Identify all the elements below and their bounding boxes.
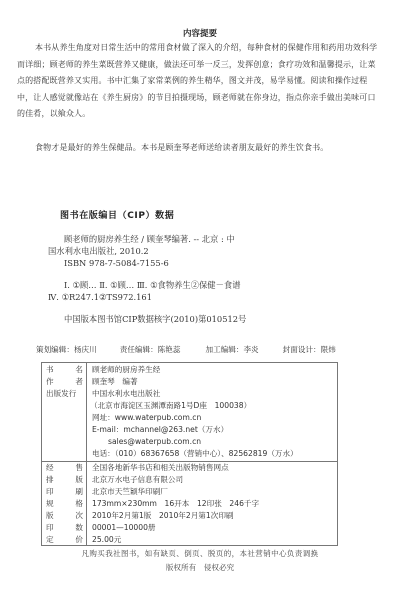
- cip-line-5: Ⅳ. ①R247.1②TS972.161: [48, 291, 152, 303]
- row-label-char: 次: [75, 510, 83, 522]
- table-row: 网址：www.waterpub.com.cn: [42, 412, 337, 424]
- table-row: 排版北京万水电子信息有限公司: [42, 474, 337, 486]
- row-label-char: 书: [46, 364, 54, 376]
- responsible-editor: 责任编辑：陈艳蕊: [120, 344, 181, 355]
- row-value: 00001—10000册: [92, 522, 156, 534]
- row-value: 中国水利水电出版社: [92, 388, 160, 400]
- row-label-char: 版: [75, 474, 83, 486]
- row-label-char: 格: [75, 498, 83, 510]
- planning-editor: 策划编辑：杨庆川: [36, 344, 97, 355]
- row-label: 印刷: [46, 486, 83, 498]
- cip-verification: 中国版本图书馆CIP数据核字(2010)第010512号: [64, 313, 246, 325]
- cip-line-1: 顾老师的厨房养生经 / 顾奎琴编著. -- 北京 : 中: [64, 233, 235, 245]
- row-value: 25.00元: [92, 534, 121, 546]
- editors-line: 策划编辑：杨庆川责任编辑：陈艳蕊加工编辑：李炎封面设计：限炜: [36, 344, 336, 355]
- cip-title: 图书在版编目（CIP）数据: [60, 208, 174, 221]
- row-value: （北京市海淀区玉渊潭南路1号D座 100038）: [90, 400, 251, 412]
- row-value: 顾老师的厨房养生经: [92, 364, 160, 376]
- table-row: 作者顾奎琴 编著: [42, 376, 337, 388]
- processing-editor: 加工编辑：李炎: [206, 344, 259, 355]
- cip-isbn: ISBN 978-7-5084-7155-6: [64, 257, 169, 269]
- row-value: 顾奎琴 编著: [92, 376, 138, 388]
- summary-paragraph-2: 食物才是最好的养生保健品。本书是顾奎琴老师送给读者朋友最好的养生饮食书。: [17, 140, 383, 157]
- row-label-char: 定: [46, 534, 54, 546]
- row-label-char: 经: [46, 462, 54, 474]
- table-row: 印数00001—10000册: [42, 522, 337, 534]
- row-label-char: 者: [75, 376, 83, 388]
- row-label: 排版: [46, 474, 83, 486]
- cip-line-2: 国水利水电出版社, 2010.2: [48, 245, 149, 257]
- row-value: 北京万水电子信息有限公司: [92, 474, 183, 486]
- row-label: 规格: [46, 498, 83, 510]
- row-label-char: 作: [46, 376, 54, 388]
- table-row: 书名顾老师的厨房养生经: [42, 364, 337, 376]
- row-label-char: 印: [46, 486, 54, 498]
- table-row: 电话：（010）68367658（营销中心）、82562819（万水）: [42, 448, 337, 460]
- row-value: 北京市天竺颖华印刷厂: [92, 486, 168, 498]
- row-label-char: 数: [75, 522, 83, 534]
- row-value: sales@waterpub.com.cn: [108, 436, 201, 448]
- row-label-char: 售: [75, 462, 83, 474]
- row-value: 全国各地新华书店和相关出版物销售网点: [92, 462, 229, 474]
- row-value: 电话：（010）68367658（营销中心）、82562819（万水）: [92, 448, 298, 460]
- row-label-char: 出版发行: [46, 388, 76, 400]
- row-label: 作者: [46, 376, 83, 388]
- table-row: 出版发行中国水利水电出版社: [42, 388, 337, 400]
- copyright-notice: 版权所有 侵权必究: [0, 562, 400, 573]
- return-policy-note: 凡购买我社图书，如有缺页、倒页、脱页的，本社营销中心负责调换: [0, 548, 400, 559]
- table-row: sales@waterpub.com.cn: [42, 436, 337, 448]
- table-row: 规格173mm×230mm 16开本 12印张 246千字: [42, 498, 337, 510]
- table-row: 版次2010年2月第1版 2010年2月第1次印刷: [42, 510, 337, 522]
- row-label: 经售: [46, 462, 83, 474]
- row-label: 印数: [46, 522, 83, 534]
- row-value: 网址：www.waterpub.com.cn: [92, 412, 201, 424]
- row-label-char: 规: [46, 498, 54, 510]
- row-label-char: 版: [46, 510, 54, 522]
- row-value: E-mail：mchannel@263.net（万水）: [92, 424, 228, 436]
- publication-info-table: 书名顾老师的厨房养生经作者顾奎琴 编著出版发行中国水利水电出版社（北京市海淀区玉…: [41, 362, 338, 546]
- row-label: 定价: [46, 534, 83, 546]
- table-row: E-mail：mchannel@263.net（万水）: [42, 424, 337, 436]
- table-row: 经售全国各地新华书店和相关出版物销售网点: [42, 462, 337, 474]
- row-label: 书名: [46, 364, 83, 376]
- table-row: 定价25.00元: [42, 534, 337, 546]
- row-value: 173mm×230mm 16开本 12印张 246千字: [92, 498, 259, 510]
- cover-designer: 封面设计：限炜: [283, 344, 336, 355]
- row-label-char: 价: [75, 534, 83, 546]
- row-label-char: 印: [46, 522, 54, 534]
- row-label: 版次: [46, 510, 83, 522]
- row-label-char: 排: [46, 474, 54, 486]
- row-value: 2010年2月第1版 2010年2月第1次印刷: [92, 510, 234, 522]
- row-label-char: 刷: [75, 486, 83, 498]
- row-label-char: 名: [75, 364, 83, 376]
- table-row: （北京市海淀区玉渊潭南路1号D座 100038）: [42, 400, 337, 412]
- row-label: 出版发行: [46, 388, 83, 400]
- summary-title: 内容提要: [0, 27, 400, 39]
- cip-line-4: Ⅰ. ①顾… Ⅱ. ①顾… Ⅲ. ①食物养生②保健－食谱: [64, 279, 241, 291]
- summary-paragraph-1: 本书从养生角度对日常生活中的常用食材做了深入的介绍，每种食材的保健作用和药用功效…: [17, 40, 383, 123]
- table-row: 印刷北京市天竺颖华印刷厂: [42, 486, 337, 498]
